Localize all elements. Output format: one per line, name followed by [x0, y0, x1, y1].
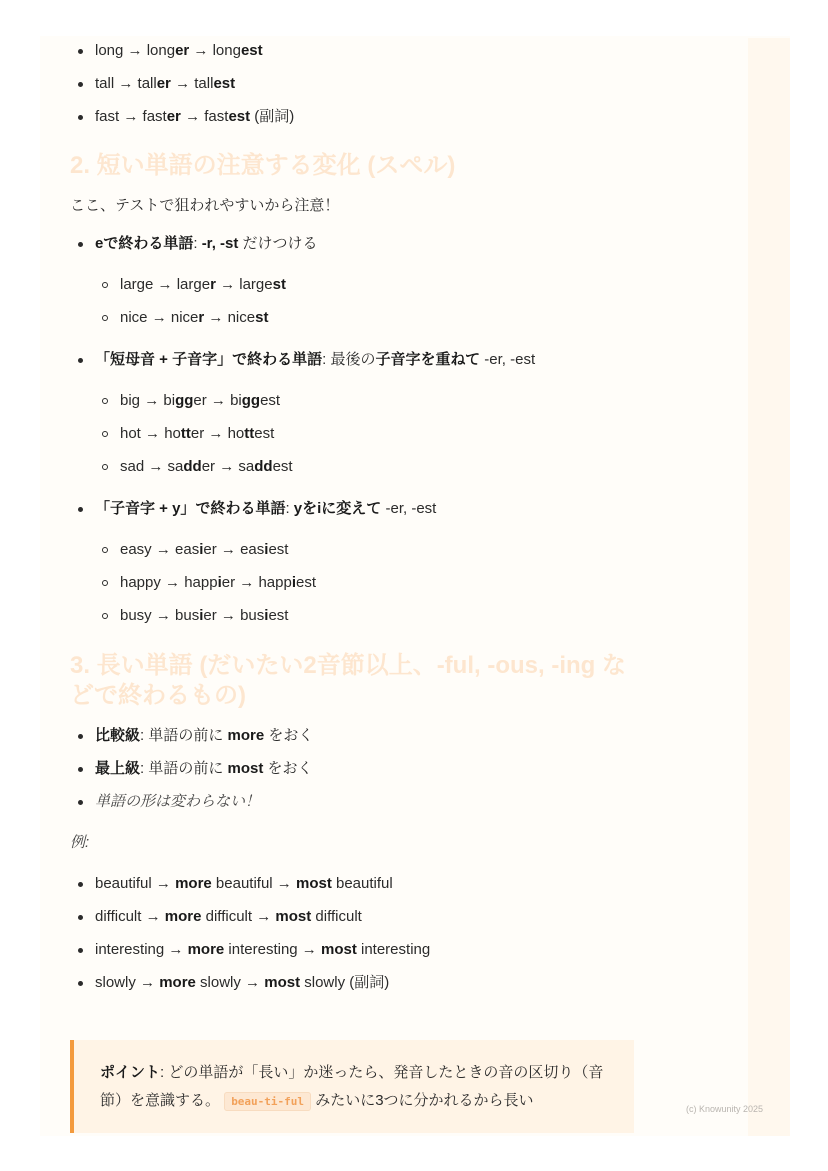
- callout-text-tail: みたいに3つに分かれるから長い: [311, 1092, 534, 1109]
- section2-heading: 2. 短い単語の注意する変化 (スペル): [70, 151, 650, 181]
- example-item: large → larger → largest: [70, 275, 650, 295]
- example-item: easy → easier → easiest: [70, 540, 650, 560]
- callout-label: ポイント: [100, 1064, 160, 1081]
- section3-rules: 比較級: 単語の前に more をおく 最上級: 単語の前に most をおく …: [70, 726, 650, 812]
- example-label: 例:: [70, 833, 650, 853]
- rule-consonant-y-examples: easy → easier → easiest happy → happier …: [70, 540, 650, 626]
- example-item: nice → nicer → nicest: [70, 308, 650, 328]
- rule-short-vowel: 「短母音 + 子音字」で終わる単語: 最後の子音字を重ねて -er, -est: [70, 350, 650, 370]
- point-callout: ポイント: どの単語が「長い」か迷ったら、発音したときの音の区切り（音節）を意識…: [70, 1040, 634, 1133]
- example-item: sad → sadder → saddest: [70, 457, 650, 477]
- section2-rules: 「短母音 + 子音字」で終わる単語: 最後の子音字を重ねて -er, -est: [70, 350, 650, 370]
- section3-examples: beautiful → more beautiful → most beauti…: [70, 874, 650, 993]
- list-item: tall → taller → tallest: [70, 74, 650, 94]
- section3-heading: 3. 長い単語 (だいたい2音節以上、-ful, -ous, -ing などで終…: [70, 651, 630, 711]
- rule-note: 単語の形は変わらない！: [70, 792, 650, 812]
- section2-intro: ここ、テストで狙われやすいから注意！: [70, 196, 650, 216]
- rule-superlative: 最上級: 単語の前に most をおく: [70, 759, 650, 779]
- list-item: long → longer → longest: [70, 41, 650, 61]
- syllable-code: beau-ti-ful: [224, 1092, 311, 1111]
- copyright: (c) Knowunity 2025: [686, 1104, 763, 1114]
- example-item: hot → hotter → hottest: [70, 424, 650, 444]
- example-item: happy → happier → happiest: [70, 573, 650, 593]
- rule-e-ending: eで終わる単語: -r, -st だけつける: [70, 234, 650, 254]
- example-item: busy → busier → busiest: [70, 606, 650, 626]
- section1-list: long → longer → longest tall → taller → …: [70, 41, 650, 127]
- rule-e-examples: large → larger → largest nice → nicer → …: [70, 275, 650, 328]
- section2-rules: eで終わる単語: -r, -st だけつける: [70, 234, 650, 254]
- section2-rules: 「子音字 + y」で終わる単語: yをiに変えて -er, -est: [70, 499, 650, 519]
- rule-consonant-y: 「子音字 + y」で終わる単語: yをiに変えて -er, -est: [70, 499, 650, 519]
- rule-comparative: 比較級: 単語の前に more をおく: [70, 726, 650, 746]
- example-item: interesting → more interesting → most in…: [70, 940, 650, 960]
- page-edge-stripe: [748, 38, 790, 1136]
- list-item: fast → faster → fastest (副詞): [70, 107, 650, 127]
- example-item: difficult → more difficult → most diffic…: [70, 907, 650, 927]
- rule-short-vowel-examples: big → bigger → biggest hot → hotter → ho…: [70, 391, 650, 477]
- example-item: beautiful → more beautiful → most beauti…: [70, 874, 650, 894]
- example-item: slowly → more slowly → most slowly (副詞): [70, 973, 650, 993]
- example-item: big → bigger → biggest: [70, 391, 650, 411]
- document-content: long → longer → longest tall → taller → …: [70, 36, 650, 993]
